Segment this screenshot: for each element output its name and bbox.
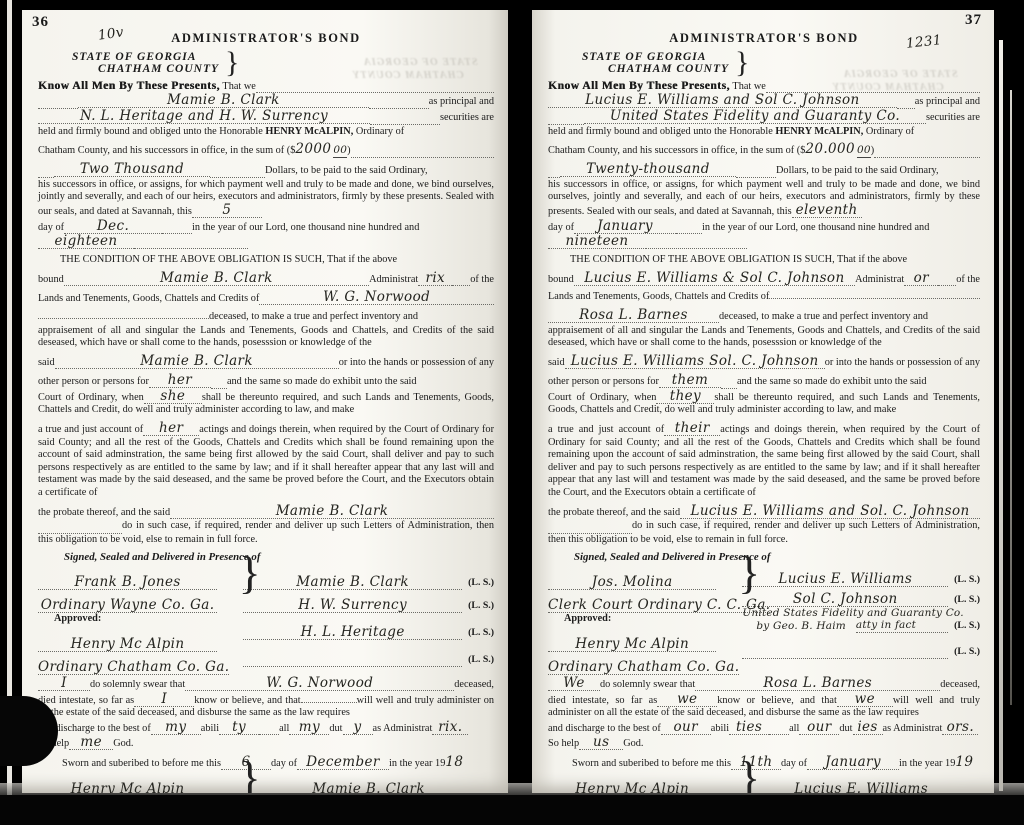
signature-1: Mamie B. Clark (243, 576, 462, 590)
county-line: CHATHAM COUNTY (98, 63, 219, 76)
bleedthrough-ghost-text: STATE OF GEORGIACHATHAM COUNTY (352, 56, 478, 82)
securities-line: N. L. Heritage and H. W. Surrency securi… (38, 110, 494, 125)
court-pronoun: she (144, 390, 202, 404)
principal-line: Mamie B. Clark as principal and (38, 94, 494, 109)
amount-words-line: Twenty-thousand Dollars, to be paid to t… (548, 163, 980, 178)
right-page: 37 1231 STATE OF GEORGIACHATHAM COUNTY A… (532, 10, 994, 793)
discharge-line: and discharge to the best of my ability … (38, 721, 494, 736)
discharge-line: and discharge to the best of our abiliti… (548, 721, 980, 736)
page-edge-line-2 (1010, 90, 1012, 705)
oath-open-line: I do solemnly swear that W. G. Norwood d… (38, 677, 494, 692)
sworn-month: December (297, 756, 389, 770)
ordinary-name: HENRY McALPIN, (775, 126, 863, 137)
signed-heading: Signed, Sealed and Delivered in Presence… (574, 551, 980, 564)
signature-2: Sol C. Johnson (742, 593, 948, 607)
appraisement-paragraph: appraisement of all and singular the Lan… (38, 325, 494, 350)
so-help-line: So help us God. (548, 736, 980, 751)
officer-name: Henry Mc Alpin (548, 783, 716, 793)
ordinary-name: HENRY McALPIN, (265, 126, 353, 137)
abili-suffix: ty (219, 721, 259, 735)
probate-close-paragraph: do in such case, if required, render and… (38, 520, 494, 546)
seal-month: Dec. (64, 220, 162, 234)
approver-name: Henry Mc Alpin (38, 638, 217, 652)
scan-bottom-band (0, 795, 1024, 825)
credits-of-name: W. G. Norwood (259, 291, 494, 305)
witness-brace: } (239, 567, 261, 580)
administrat-suffix2: rix. (432, 721, 468, 735)
bound-names-line: bound Lucius E. Williams & Sol C. Johnso… (548, 272, 980, 287)
sum-cents: 00 (333, 144, 347, 158)
payment-paragraph: his successors in office, or assigns, fo… (38, 179, 494, 219)
seal-date-line: day of Dec. in the year of our Lord, one… (38, 220, 494, 235)
administrat-suffix: rix (418, 272, 452, 286)
intestate-paragraph: died intestate, so far asIknow or believ… (38, 693, 494, 720)
signature-4 (742, 658, 948, 659)
signature-1: Lucius E. Williams (742, 573, 948, 587)
principal-name: Lucius E. Williams and Sol C. Johnson (548, 94, 897, 108)
final-signature-1: Mamie B. Clark (243, 783, 494, 793)
surety-attorney-line: by Geo. B. Haim (756, 620, 846, 633)
condition-heading: THE CONDITION OF THE ABOVE OBLIGATION IS… (38, 254, 494, 267)
witness-title: Ordinary Wayne Co. Ga. (38, 599, 217, 613)
signature-4 (243, 666, 462, 667)
oath-poss2: our (799, 721, 839, 735)
brace-glyph: } (225, 57, 239, 70)
witness-name: Frank B. Jones (38, 576, 217, 590)
signature-2: H. W. Surrency (243, 599, 462, 613)
bound-names: Lucius E. Williams & Sol C. Johnson (574, 272, 855, 286)
court-pronoun: they (656, 390, 714, 404)
oath-deceased-name: W. G. Norwood (185, 677, 454, 691)
seal-day: eleventh (792, 204, 862, 218)
deceased-line: deceased, to make a true and perfect inv… (38, 311, 494, 324)
final-signature-1: Lucius E. Williams (742, 783, 980, 793)
sworn-month: January (807, 756, 899, 770)
securities-line: United States Fidelity and Guaranty Co. … (548, 110, 980, 125)
sum-line: Chatham County, and his successors in of… (548, 143, 980, 158)
oath-we: We (548, 677, 600, 691)
oath-open-line: We do solemnly swear that Rosa L. Barnes… (548, 677, 980, 692)
amount-words-line: Two Thousand Dollars, to be paid to the … (38, 163, 494, 178)
sum-cents: 00 (857, 144, 871, 158)
final-brace: } (738, 772, 760, 785)
abili-suffix: ties (729, 721, 769, 735)
witness-title: Clerk Court Ordinary C. C. Ga. (548, 599, 770, 613)
oath-who (301, 702, 357, 703)
said-line: said Mamie B. Clark or into the hands or… (38, 355, 494, 370)
sworn-year-yy: 18 (445, 756, 463, 769)
witness-name: Jos. Molina (548, 576, 716, 590)
oath-poss: our (661, 721, 711, 735)
probate-line: the probate thereof, and the said Mamie … (38, 505, 494, 520)
said-names: Mamie B. Clark (55, 355, 339, 369)
oath-poss: my (151, 721, 201, 735)
sum-figures: 2000 (295, 143, 331, 156)
other-person-line: other person or persons for them and the… (548, 374, 980, 389)
account-pronoun: her (143, 422, 199, 436)
officer-name: Henry Mc Alpin (38, 783, 217, 793)
helper-pronoun: me (69, 736, 113, 750)
state-line: STATE OF GEORGIA (582, 51, 729, 64)
signature-block: } Jos. Molina Clerk Court Ordinary C. C.… (548, 567, 980, 675)
seal-day: 5 (192, 204, 262, 218)
condition-heading: THE CONDITION OF THE ABOVE OBLIGATION IS… (548, 254, 980, 267)
account-paragraph: a true and just account ofheractings and… (38, 422, 494, 500)
so-help-line: So help me God. (38, 736, 494, 751)
said-names: Lucius E. Williams Sol. C. Johnson (565, 355, 825, 369)
bleedthrough-ghost-text: STATE OF GEORGIACHATHAM COUNTY (832, 68, 958, 94)
year-words-line: nineteen (548, 235, 747, 249)
document-title: ADMINISTRATOR'S BOND (38, 32, 494, 45)
lands-line: Lands and Tenements, Goods, Chattels and… (38, 291, 494, 306)
person-pronoun: them (659, 374, 721, 388)
said-line: said Lucius E. Williams Sol. C. Johnson … (548, 355, 980, 370)
approver-name: Henry Mc Alpin (548, 638, 716, 652)
oath-deceased-name: Rosa L. Barnes (695, 677, 940, 691)
person-pronoun: her (149, 374, 211, 388)
dut-suffix: ies (853, 721, 883, 735)
probate-line: the probate thereof, and the said Lucius… (548, 505, 980, 520)
sum-figures: 20.000 (805, 143, 855, 156)
signed-heading: Signed, Sealed and Delivered in Presence… (64, 551, 494, 564)
oath-knower: I (134, 693, 194, 707)
oath-we: I (38, 677, 90, 691)
credits-of-name (769, 298, 980, 299)
account-paragraph: a true and just account oftheiractings a… (548, 422, 980, 500)
final-signature-block: } Henry Mc Alpin Ordinary Chatham Co. Ga… (38, 774, 494, 793)
securities-names: United States Fidelity and Guaranty Co. (584, 110, 926, 124)
document-title: ADMINISTRATOR'S BOND (548, 32, 980, 45)
bound-names-line: bound Mamie B. Clark Administratrix of t… (38, 272, 494, 287)
amount-words: Twenty-thousand (560, 163, 736, 177)
signature-3: H. L. Heritage (243, 626, 462, 640)
principal-line: Lucius E. Williams and Sol C. Johnson as… (548, 94, 980, 109)
principal-name: Mamie B. Clark (78, 94, 369, 108)
lands-line: Lands and Tenements, Goods, Chattels and… (548, 291, 980, 304)
administrat-suffix2: ors. (942, 721, 978, 735)
dut-suffix: y (343, 721, 373, 735)
deceased-name-slot: Rosa L. Barnes (548, 309, 719, 323)
probate-names: Lucius E. Williams and Sol. C. Johnson (680, 505, 980, 519)
year-words: nineteen (548, 235, 646, 249)
probate-close-paragraph: do in such case, if required, render and… (548, 520, 980, 546)
account-pronoun: their (664, 422, 720, 436)
bound-names: Mamie B. Clark (64, 272, 369, 286)
approved-label: Approved: (548, 613, 716, 629)
oath-poss2: my (289, 721, 329, 735)
intestate-paragraph: died intestate, so far asweknow or belie… (548, 693, 980, 720)
sworn-line: Sworn and suberibed to before me this 6 … (38, 756, 494, 771)
securities-names: N. L. Heritage and H. W. Surrency (38, 110, 370, 124)
sworn-line: Sworn and suberibed to before me this 11… (548, 756, 980, 771)
helper-pronoun: us (579, 736, 623, 750)
court-paragraph: Court of Ordinary, whentheyshall be ther… (548, 390, 980, 417)
bound-clause: held and firmly bound and obliged unto t… (38, 126, 494, 139)
county-line: CHATHAM COUNTY (608, 63, 729, 76)
page-edge-line-1 (999, 40, 1003, 791)
deceased-name-slot (38, 318, 209, 319)
left-page: 36 10v STATE OF GEORGIACHATHAM COUNTY AD… (22, 10, 508, 793)
oath-who: we (837, 693, 893, 707)
probate-names: Mamie B. Clark (170, 505, 494, 519)
witness-brace: } (738, 567, 760, 580)
final-brace: } (239, 772, 261, 785)
approved-label: Approved: (38, 613, 217, 629)
state-line: STATE OF GEORGIA (72, 51, 219, 64)
surety-atty-in-fact: atty in fact (856, 619, 948, 633)
sum-line: Chatham County, and his successors in of… (38, 143, 494, 158)
court-paragraph: Court of Ordinary, whensheshall be there… (38, 390, 494, 417)
approver-title: Ordinary Chatham Co. Ga. (548, 661, 739, 675)
sworn-year-yy: 19 (955, 756, 973, 769)
signature-block: } Frank B. Jones Ordinary Wayne Co. Ga. … (38, 567, 494, 675)
year-words-line: eighteen (38, 235, 248, 249)
approver-title: Ordinary Chatham Co. Ga. (38, 661, 229, 675)
year-words: eighteen (38, 235, 134, 249)
seal-month: January (574, 220, 676, 234)
final-signature-block: } Henry Mc Alpin Ordinary Chatham Co. Ga… (548, 774, 980, 793)
appraisement-paragraph: appraisement of all and singular the Lan… (548, 325, 980, 350)
other-person-line: other person or persons for her and the … (38, 374, 494, 389)
amount-words: Two Thousand (54, 163, 210, 177)
administrat-suffix: or (904, 272, 938, 286)
payment-paragraph: his successors in office, or assigns, fo… (548, 179, 980, 219)
bound-clause: held and firmly bound and obliged unto t… (548, 126, 980, 139)
brace-glyph: } (735, 57, 749, 70)
deceased-line: Rosa L. Barnes deceased, to make a true … (548, 309, 980, 324)
seal-date-line: day of January in the year of our Lord, … (548, 220, 980, 235)
oath-knower: we (657, 693, 717, 707)
